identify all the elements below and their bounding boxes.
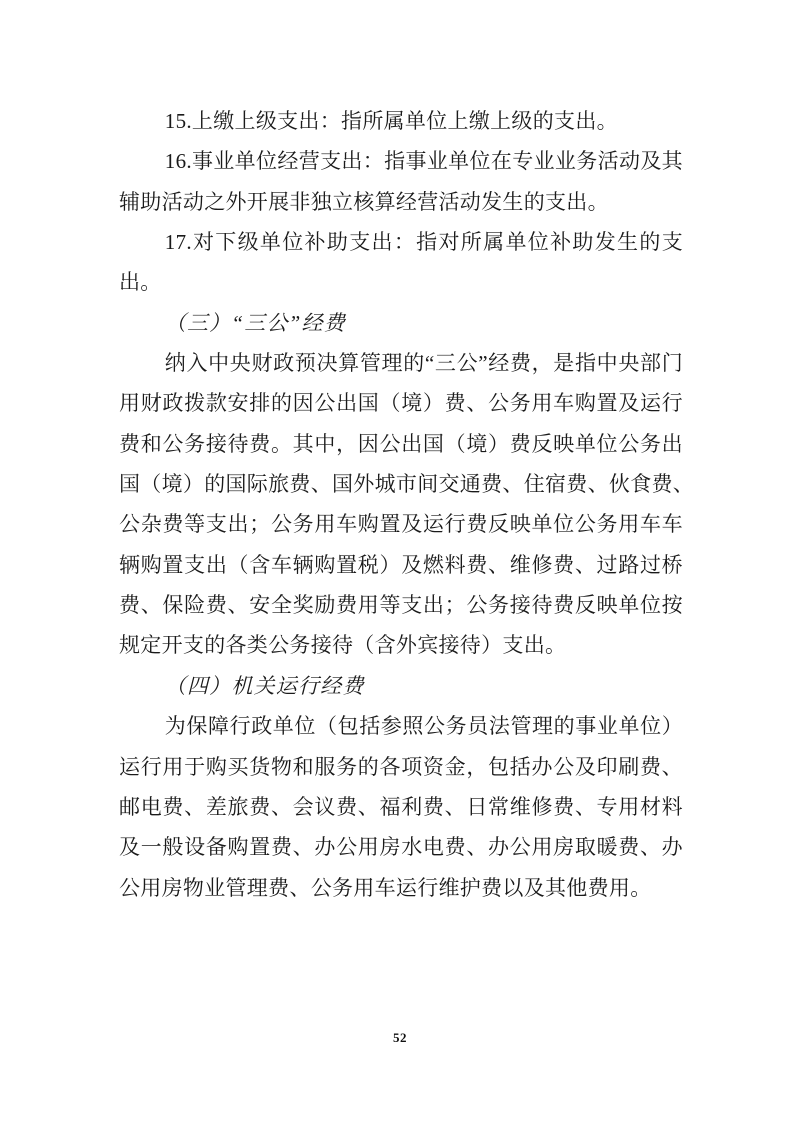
body-text-line: 纳入中央财政预决算管理的“三公”经费，是指中央部门 bbox=[119, 343, 683, 383]
document-body: 15.上缴上级支出：指所属单位上缴上级的支出。16.事业单位经营支出：指事业单位… bbox=[119, 101, 683, 908]
page-number: 52 bbox=[0, 1029, 800, 1047]
body-text-line: 及一般设备购置费、办公用房水电费、办公用房取暖费、办 bbox=[119, 827, 683, 867]
section-heading: （三）“三公”经费 bbox=[119, 303, 683, 343]
body-text-line: 为保障行政单位（包括参照公务员法管理的事业单位） bbox=[119, 706, 683, 746]
body-text-line: 费和公务接待费。其中，因公出国（境）费反映单位公务出 bbox=[119, 424, 683, 464]
body-text-line: 辆购置支出（含车辆购置税）及燃料费、维修费、过路过桥 bbox=[119, 545, 683, 585]
body-text-line: 国（境）的国际旅费、国外城市间交通费、住宿费、伙食费、 bbox=[119, 464, 683, 504]
body-text-line: 邮电费、差旅费、会议费、福利费、日常维修费、专用材料 bbox=[119, 787, 683, 827]
section-heading: （四）机关运行经费 bbox=[119, 666, 683, 706]
body-text-line: 用财政拨款安排的因公出国（境）费、公务用车购置及运行 bbox=[119, 383, 683, 423]
body-text-line: 16.事业单位经营支出：指事业单位在专业业务活动及其 bbox=[119, 141, 683, 181]
body-text-line: 17.对下级单位补助支出：指对所属单位补助发生的支 bbox=[119, 222, 683, 262]
body-text-line: 规定开支的各类公务接待（含外宾接待）支出。 bbox=[119, 625, 683, 665]
body-text-line: 公杂费等支出；公务用车购置及运行费反映单位公务用车车 bbox=[119, 504, 683, 544]
body-text-line: 出。 bbox=[119, 262, 683, 302]
body-text-line: 公用房物业管理费、公务用车运行维护费以及其他费用。 bbox=[119, 868, 683, 908]
body-text-line: 辅助活动之外开展非独立核算经营活动发生的支出。 bbox=[119, 182, 683, 222]
body-text-line: 运行用于购买货物和服务的各项资金，包括办公及印刷费、 bbox=[119, 747, 683, 787]
body-text-line: 费、保险费、安全奖励费用等支出；公务接待费反映单位按 bbox=[119, 585, 683, 625]
document-page: 15.上缴上级支出：指所属单位上缴上级的支出。16.事业单位经营支出：指事业单位… bbox=[0, 0, 800, 1131]
body-text-line: 15.上缴上级支出：指所属单位上缴上级的支出。 bbox=[119, 101, 683, 141]
